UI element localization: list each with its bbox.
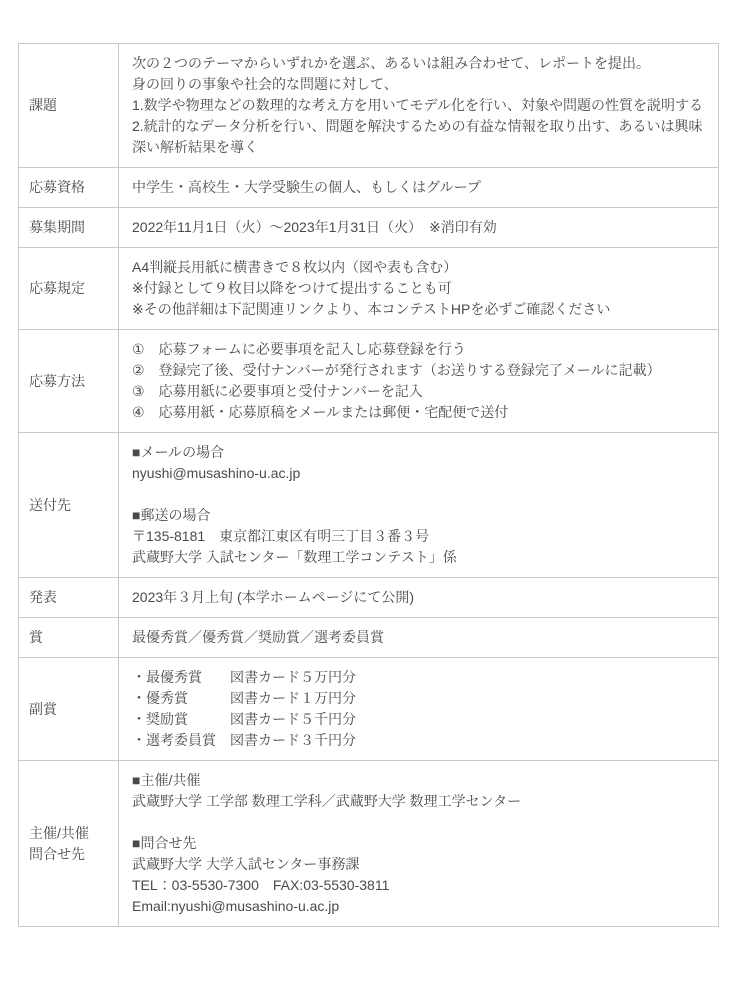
table-row-oubo-shikaku: 応募資格 中学生・高校生・大学受験生の個人、もしくはグループ	[19, 168, 719, 208]
row-content-boshuu-kikan: 2022年11月1日（火）～2023年1月31日（火） ※消印有効	[119, 208, 719, 248]
row-label-shusai-toiawase: 主催/共催 問合せ先	[19, 761, 119, 927]
page: 課題 次の２つのテーマからいずれかを選ぶ、あるいは組み合わせて、レポートを提出。…	[0, 43, 740, 996]
phone-fax-line: TEL：03-5530-7300 FAX:03-5530-3811	[132, 875, 704, 896]
row-label-happyou: 発表	[19, 578, 119, 618]
cell-line	[132, 812, 704, 833]
row-label-fukushou: 副賞	[19, 658, 119, 761]
contest-info-table: 課題 次の２つのテーマからいずれかを選ぶ、あるいは組み合わせて、レポートを提出。…	[18, 43, 719, 927]
table-row-oubo-houhou: 応募方法 ① 応募フォームに必要事項を記入し応募登録を行う ② 登録完了後、受付…	[19, 330, 719, 433]
cell-line: ③ 応募用紙に必要事項と受付ナンバーを記入	[132, 381, 704, 402]
cell-line: ※付録として９枚目以降をつけて提出することも可	[132, 278, 704, 299]
cell-line: ※その他詳細は下記関連リンクより、本コンテストHPを必ずご確認ください	[132, 299, 704, 320]
cell-line: 最優秀賞／優秀賞／奨励賞／選考委員賞	[132, 627, 704, 648]
row-label-oubo-houhou: 応募方法	[19, 330, 119, 433]
cell-line: ■主催/共催	[132, 770, 704, 791]
row-label-oubo-kitei: 応募規定	[19, 248, 119, 330]
postal-address: 〒135-8181 東京都江東区有明三丁目３番３号	[132, 526, 704, 547]
table-row-shusai-toiawase: 主催/共催 問合せ先 ■主催/共催 武蔵野大学 工学部 数理工学科／武蔵野大学 …	[19, 761, 719, 927]
row-label-shou: 賞	[19, 618, 119, 658]
contest-info-table-body: 課題 次の２つのテーマからいずれかを選ぶ、あるいは組み合わせて、レポートを提出。…	[19, 44, 719, 927]
table-row-boshuu-kikan: 募集期間 2022年11月1日（火）～2023年1月31日（火） ※消印有効	[19, 208, 719, 248]
table-row-happyou: 発表 2023年３月上旬 (本学ホームページにて公開)	[19, 578, 719, 618]
cell-line: ④ 応募用紙・応募原稿をメールまたは郵便・宅配便で送付	[132, 402, 704, 423]
cell-line: 武蔵野大学 工学部 数理工学科／武蔵野大学 数理工学センター	[132, 791, 704, 812]
table-row-shou: 賞 最優秀賞／優秀賞／奨励賞／選考委員賞	[19, 618, 719, 658]
row-label-soufusaki: 送付先	[19, 433, 119, 578]
cell-line: 2022年11月1日（火）～2023年1月31日（火） ※消印有効	[132, 217, 704, 238]
cell-line: ・選考委員賞 図書カード３千円分	[132, 730, 704, 751]
row-content-oubo-shikaku: 中学生・高校生・大学受験生の個人、もしくはグループ	[119, 168, 719, 208]
row-content-fukushou: ・最優秀賞 図書カード５万円分 ・優秀賞 図書カード１万円分 ・奨励賞 図書カー…	[119, 658, 719, 761]
cell-line: 2023年３月上旬 (本学ホームページにて公開)	[132, 587, 704, 608]
table-row-fukushou: 副賞 ・最優秀賞 図書カード５万円分 ・優秀賞 図書カード１万円分 ・奨励賞 図…	[19, 658, 719, 761]
table-row-kadai: 課題 次の２つのテーマからいずれかを選ぶ、あるいは組み合わせて、レポートを提出。…	[19, 44, 719, 168]
cell-line: A4判縦長用紙に横書きで８枚以内（図や表も含む）	[132, 257, 704, 278]
cell-line: 中学生・高校生・大学受験生の個人、もしくはグループ	[132, 177, 704, 198]
cell-line: 武蔵野大学 大学入試センター事務課	[132, 854, 704, 875]
cell-line: 2.統計的なデータ分析を行い、問題を解決するための有益な情報を取り出す、あるいは…	[132, 116, 704, 158]
cell-line: ・奨励賞 図書カード５千円分	[132, 709, 704, 730]
row-content-shou: 最優秀賞／優秀賞／奨励賞／選考委員賞	[119, 618, 719, 658]
row-content-oubo-kitei: A4判縦長用紙に横書きで８枚以内（図や表も含む） ※付録として９枚目以降をつけて…	[119, 248, 719, 330]
cell-line: ■メールの場合	[132, 442, 704, 463]
cell-line: ■郵送の場合	[132, 505, 704, 526]
cell-line: 身の回りの事象や社会的な問題に対して、	[132, 74, 704, 95]
cell-line: ・優秀賞 図書カード１万円分	[132, 688, 704, 709]
row-label-boshuu-kikan: 募集期間	[19, 208, 119, 248]
cell-line: 次の２つのテーマからいずれかを選ぶ、あるいは組み合わせて、レポートを提出。	[132, 53, 704, 74]
row-label-kadai: 課題	[19, 44, 119, 168]
table-row-soufusaki: 送付先 ■メールの場合 nyushi@musashino-u.ac.jp ■郵送…	[19, 433, 719, 578]
cell-line: ① 応募フォームに必要事項を記入し応募登録を行う	[132, 339, 704, 360]
row-content-happyou: 2023年３月上旬 (本学ホームページにて公開)	[119, 578, 719, 618]
row-content-shusai-toiawase: ■主催/共催 武蔵野大学 工学部 数理工学科／武蔵野大学 数理工学センター ■問…	[119, 761, 719, 927]
email-address: nyushi@musashino-u.ac.jp	[132, 463, 704, 484]
cell-line: ■問合せ先	[132, 833, 704, 854]
cell-line	[132, 484, 704, 505]
cell-line: 1.数学や物理などの数理的な考え方を用いてモデル化を行い、対象や問題の性質を説明…	[132, 95, 704, 116]
email-address: Email:nyushi@musashino-u.ac.jp	[132, 896, 704, 917]
row-content-soufusaki: ■メールの場合 nyushi@musashino-u.ac.jp ■郵送の場合 …	[119, 433, 719, 578]
row-content-kadai: 次の２つのテーマからいずれかを選ぶ、あるいは組み合わせて、レポートを提出。 身の…	[119, 44, 719, 168]
cell-line: 武蔵野大学 入試センター「数理工学コンテスト」係	[132, 547, 704, 568]
row-label-oubo-shikaku: 応募資格	[19, 168, 119, 208]
cell-line: ・最優秀賞 図書カード５万円分	[132, 667, 704, 688]
cell-line: ② 登録完了後、受付ナンバーが発行されます（お送りする登録完了メールに記載）	[132, 360, 704, 381]
table-row-oubo-kitei: 応募規定 A4判縦長用紙に横書きで８枚以内（図や表も含む） ※付録として９枚目以…	[19, 248, 719, 330]
row-content-oubo-houhou: ① 応募フォームに必要事項を記入し応募登録を行う ② 登録完了後、受付ナンバーが…	[119, 330, 719, 433]
